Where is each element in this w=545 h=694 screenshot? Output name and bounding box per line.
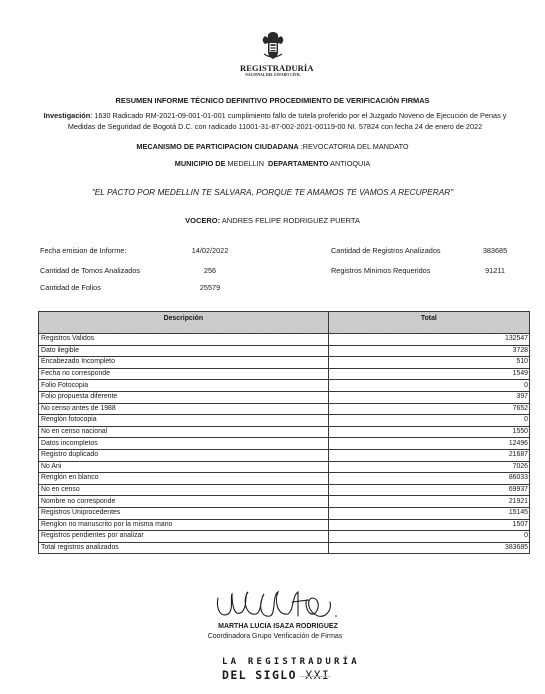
table-row: Nombre no corresponde21921	[39, 496, 530, 508]
mecanismo-line: MECANISMO DE PARTICIPACION CIUDADANA :RE…	[0, 142, 545, 151]
table-header-row: Descripción Total	[39, 312, 530, 334]
footer-slogan-line2-a: DEL SIGLO	[222, 668, 305, 682]
row-total: 12496	[328, 438, 529, 450]
row-total: 1507	[328, 519, 529, 531]
signature-image	[208, 586, 358, 626]
row-total: 397	[328, 391, 529, 403]
table-row: Encabezado Incompleto510	[39, 357, 530, 369]
row-total: 132547	[328, 334, 529, 346]
table-row: Registros Validos132547	[39, 334, 530, 346]
verification-summary-table: Descripción Total Registros Validos13254…	[38, 311, 530, 554]
footer-slogan-line2-b: XXI	[305, 668, 330, 682]
row-description: Renglón en blanco	[39, 473, 329, 485]
table-row: Fecha no corresponde1549	[39, 368, 530, 380]
row-total: 0	[328, 380, 529, 392]
table-row: Datos incompletos12496	[39, 438, 530, 450]
row-total: 510	[328, 357, 529, 369]
signatory-name: MARTHA LUCIA ISAZA RODRIGUEZ	[198, 623, 358, 630]
vocero-label: VOCERO:	[185, 216, 220, 225]
row-total: 0	[328, 415, 529, 427]
row-description: No en censo	[39, 484, 329, 496]
table-row: No Ani7026	[39, 461, 530, 473]
table-row: Renglón en blanco86033	[39, 473, 530, 485]
column-header-total: Total	[328, 312, 529, 334]
folios-value: 25579	[175, 283, 245, 292]
tomos-label: Cantidad de Tomos Analizados	[40, 266, 140, 275]
footer-slogan-line1: LA REGISTRADURÍA	[222, 657, 360, 667]
registraduria-logo: REGISTRADURÍA NACIONAL DEL ESTADO CIVIL	[240, 30, 306, 82]
row-description: Folio propuesta diferente	[39, 391, 329, 403]
municipio-value: MEDELLIN	[227, 159, 264, 168]
footer-slogan-line2: DEL SIGLO XXI	[222, 668, 330, 682]
registros-analizados-value: 383685	[470, 246, 520, 255]
registros-minimos-label: Registros Minimos Requeridos	[331, 266, 430, 275]
table-row: Registro duplicado21687	[39, 449, 530, 461]
table-row: Total registros analizados383685	[39, 542, 530, 554]
row-total: 7026	[328, 461, 529, 473]
municipio-label: MUNICIPIO DE	[175, 159, 226, 168]
investigacion-text: : 1630 Radicado RM-2021-09-001-01-001 cu…	[68, 111, 507, 131]
registros-analizados-label: Cantidad de Registros Analizados	[331, 246, 441, 255]
row-description: Total registros analizados	[39, 542, 329, 554]
table-row: Folio Fotocopia0	[39, 380, 530, 392]
signatory-role: Coordinadora Grupo Verificación de Firma…	[190, 633, 360, 640]
table-row: Registros Uniprocedentes15145	[39, 507, 530, 519]
table-row: No en censo69937	[39, 484, 530, 496]
row-total: 15145	[328, 507, 529, 519]
campaign-slogan: "EL PACTO POR MEDELLIN TE SALVARA, PORQU…	[0, 187, 545, 197]
row-total: 69937	[328, 484, 529, 496]
ubicacion-line: MUNICIPIO DE MEDELLIN DEPARTAMENTO ANTIO…	[0, 159, 545, 168]
investigacion-paragraph: Investigación: 1630 Radicado RM-2021-09-…	[30, 110, 520, 132]
row-description: Registros Uniprocedentes	[39, 507, 329, 519]
row-description: Renglón fotocopia	[39, 415, 329, 427]
row-total: 21687	[328, 449, 529, 461]
logo-brand-text: REGISTRADURÍA	[240, 63, 306, 73]
row-description: Datos incompletos	[39, 438, 329, 450]
vocero-line: VOCERO: ANDRES FELIPE RODRIGUEZ PUERTA	[0, 216, 545, 225]
table-row: Renglón fotocopia0	[39, 415, 530, 427]
row-total: 7652	[328, 403, 529, 415]
footer-divider	[300, 676, 330, 677]
row-description: No censo antes de 1988	[39, 403, 329, 415]
row-description: Encabezado Incompleto	[39, 357, 329, 369]
registros-minimos-value: 91211	[470, 266, 520, 275]
column-header-descripcion: Descripción	[39, 312, 329, 334]
row-description: Registro duplicado	[39, 449, 329, 461]
row-description: Registros Validos	[39, 334, 329, 346]
fecha-value: 14/02/2022	[175, 246, 245, 255]
row-total: 3728	[328, 345, 529, 357]
table-row: No en censo nacional1550	[39, 426, 530, 438]
row-description: No Ani	[39, 461, 329, 473]
tomos-value: 256	[175, 266, 245, 275]
row-total: 0	[328, 531, 529, 543]
vocero-name: ANDRES FELIPE RODRIGUEZ PUERTA	[222, 216, 360, 225]
fecha-label: Fecha emision de Informe:	[40, 246, 126, 255]
row-description: No en censo nacional	[39, 426, 329, 438]
row-total: 383685	[328, 542, 529, 554]
row-description: Registros pendientes por analizar	[39, 531, 329, 543]
row-description: Nombre no corresponde	[39, 496, 329, 508]
departamento-value: ANTIOQUIA	[330, 159, 370, 168]
table-row: Renglon no manuscrito por la misma mano1…	[39, 519, 530, 531]
folios-label: Cantidad de Folios	[40, 283, 101, 292]
row-description: Dato ilegible	[39, 345, 329, 357]
logo-subtitle: NACIONAL DEL ESTADO CIVIL	[240, 73, 306, 77]
mecanismo-value: :REVOCATORIA DEL MANDATO	[301, 142, 409, 151]
row-description: Renglon no manuscrito por la misma mano	[39, 519, 329, 531]
investigacion-label: Investigación	[44, 111, 91, 120]
departamento-label: DEPARTAMENTO	[268, 159, 328, 168]
row-description: Folio Fotocopia	[39, 380, 329, 392]
row-total: 21921	[328, 496, 529, 508]
coat-of-arms-icon	[260, 30, 286, 60]
table-row: Folio propuesta diferente397	[39, 391, 530, 403]
table-row: No censo antes de 19887652	[39, 403, 530, 415]
row-total: 1549	[328, 368, 529, 380]
table-row: Registros pendientes por analizar0	[39, 531, 530, 543]
row-total: 1550	[328, 426, 529, 438]
row-description: Fecha no corresponde	[39, 368, 329, 380]
row-total: 86033	[328, 473, 529, 485]
report-title: RESUMEN INFORME TÉCNICO DEFINITIVO PROCE…	[0, 96, 545, 105]
table-row: Dato ilegible3728	[39, 345, 530, 357]
mecanismo-label: MECANISMO DE PARTICIPACION CIUDADANA	[136, 142, 298, 151]
